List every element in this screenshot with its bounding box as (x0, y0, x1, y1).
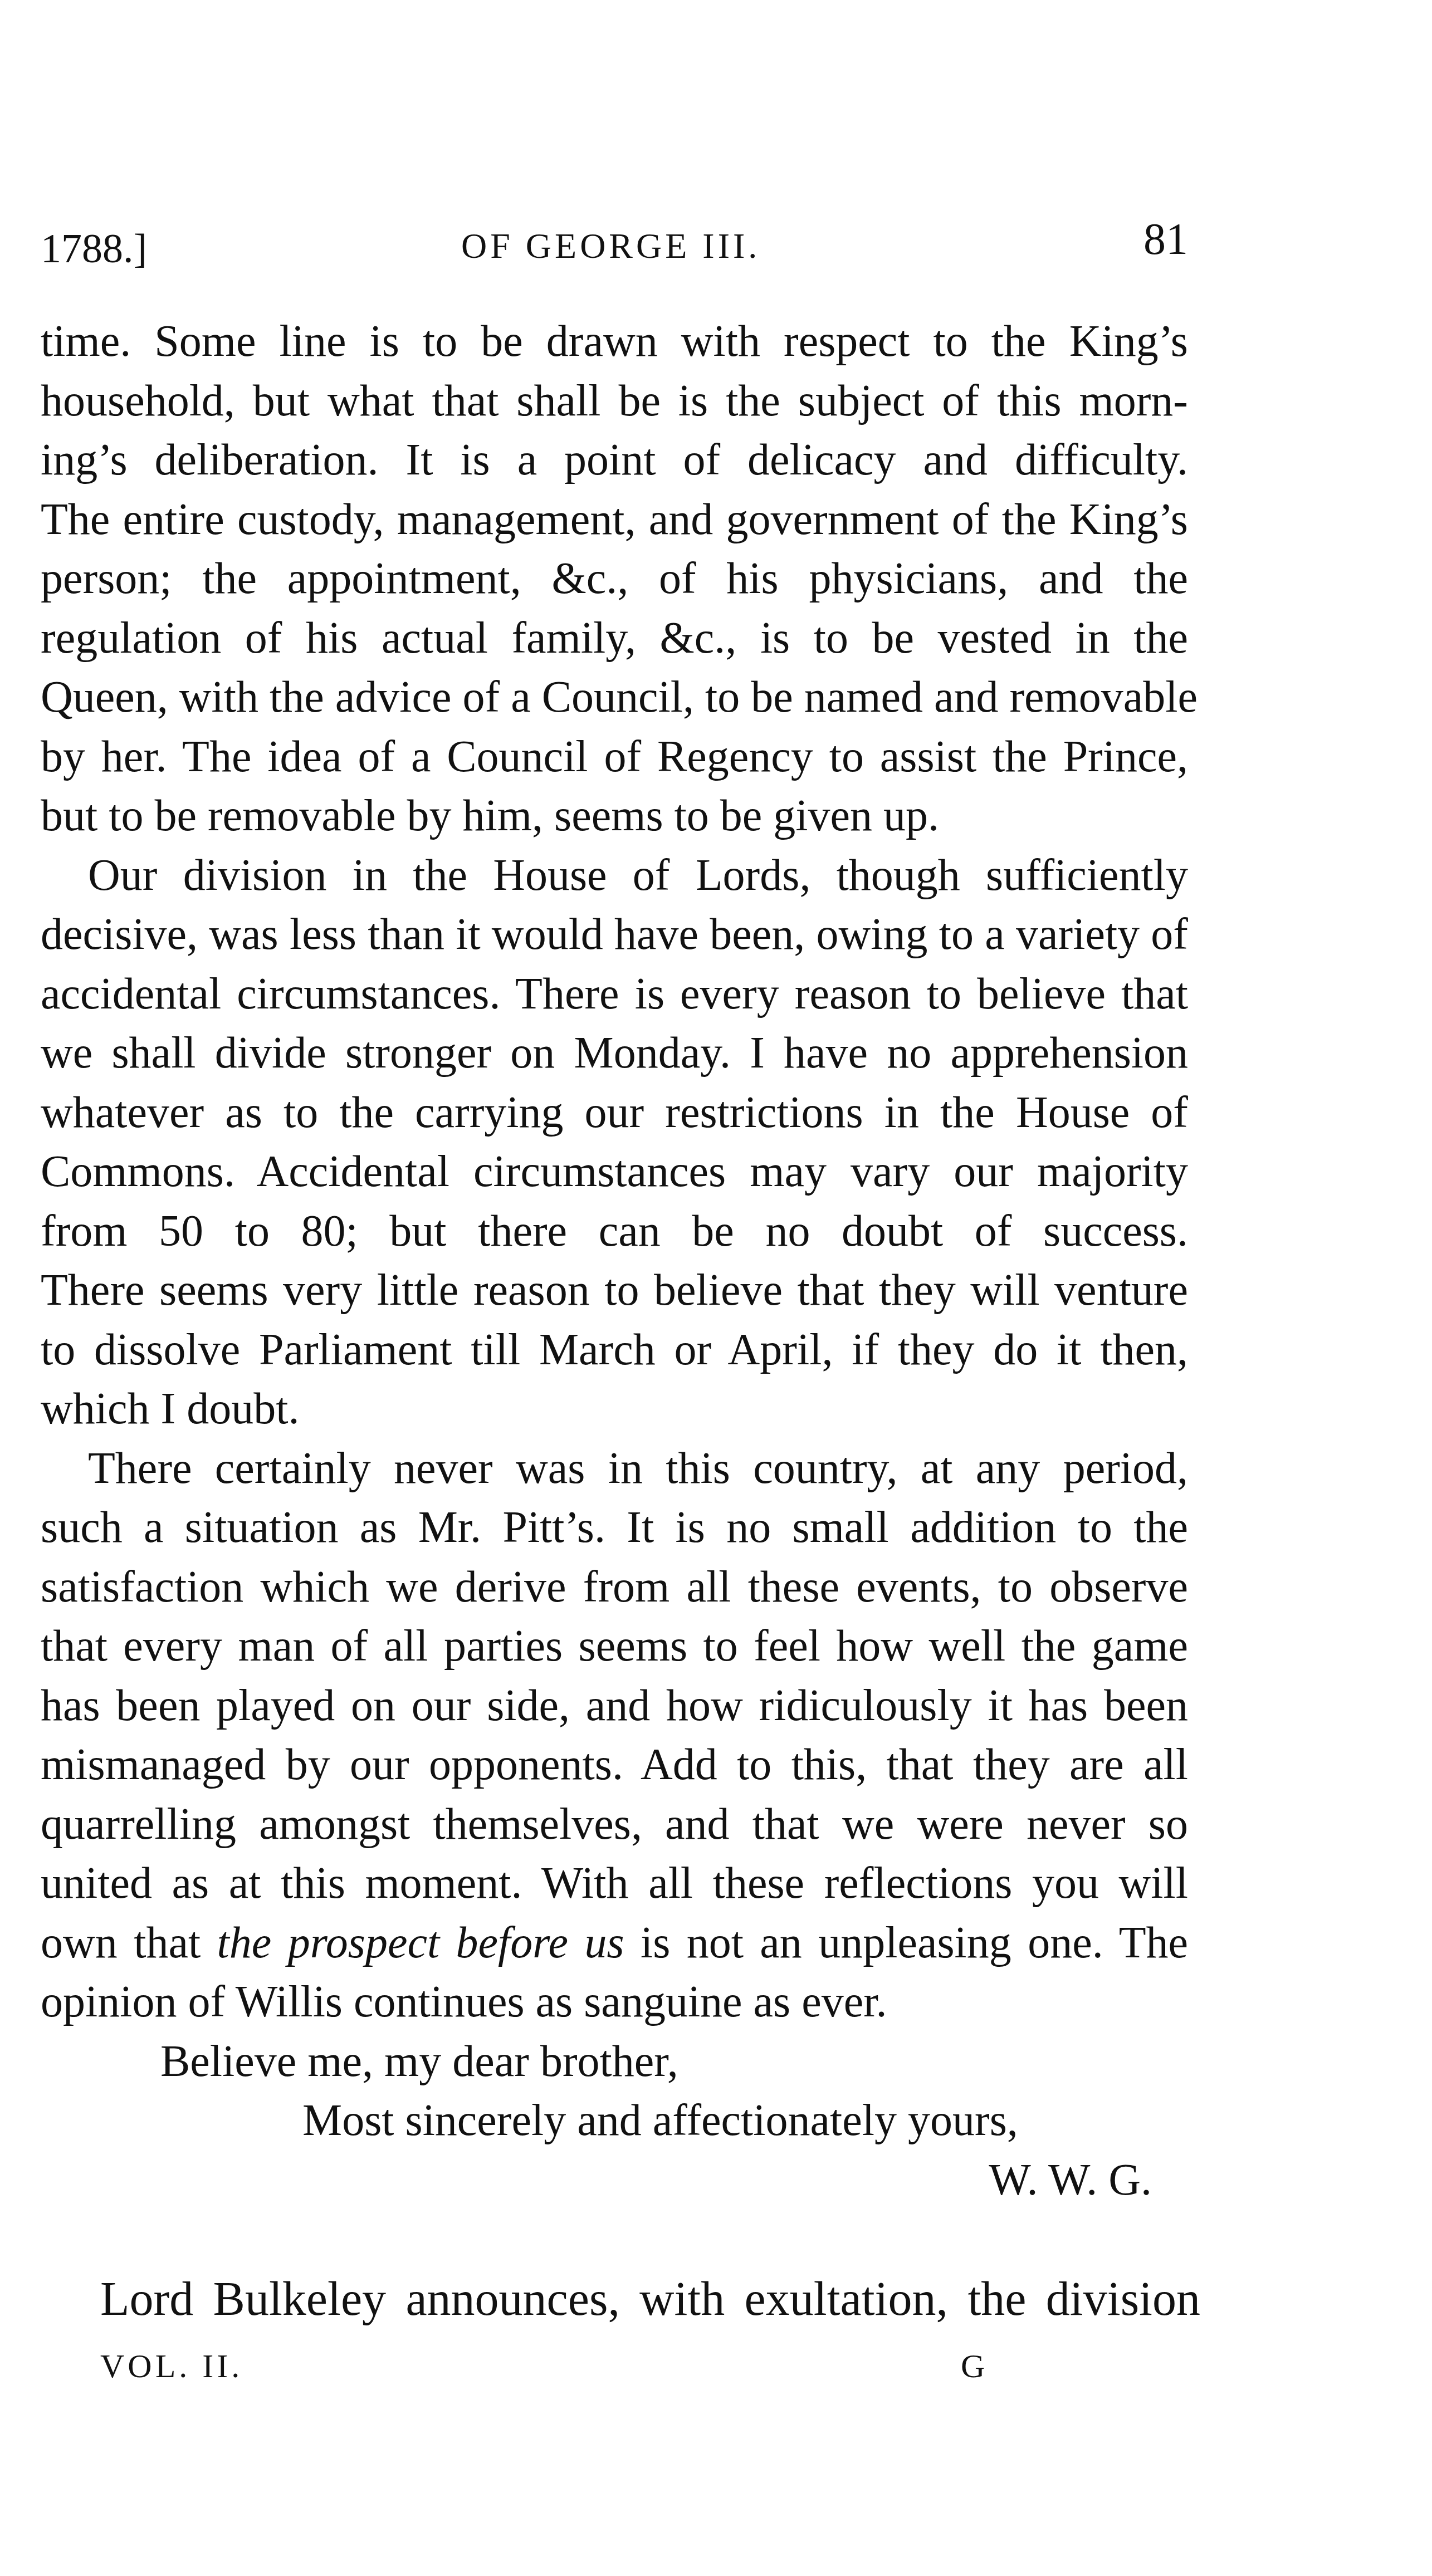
text-line: Commons. Accidental circumstances may va… (41, 1142, 1188, 1202)
text-line: opinion of Willis continues as sanguine … (41, 1972, 1188, 2032)
text-line: by her. The idea of a Council of Regency… (41, 727, 1188, 787)
running-title: OF GEORGE III. (461, 226, 760, 267)
text-line: which I doubt. (41, 1379, 1188, 1439)
next-section-lead: Lord Bulkeley announces, with exultation… (100, 2265, 1200, 2332)
text-span: is not an unpleasing one. The (624, 1918, 1189, 1967)
text-line: united as at this moment. With all these… (41, 1854, 1188, 1913)
text-line: from 50 to 80; but there can be no doubt… (41, 1202, 1188, 1261)
text-line: ing’s deliberation. It is a point of del… (41, 430, 1188, 490)
paragraph-2: Our division in the House of Lords, thou… (41, 846, 1188, 1439)
text-line: whatever as to the carrying our restrict… (41, 1083, 1188, 1143)
page-number: 81 (1143, 214, 1188, 265)
book-page: 1788.] OF GEORGE III. 81 time. Some line… (0, 0, 1432, 2576)
text-line: to dissolve Parliament till March or Apr… (41, 1320, 1188, 1380)
text-line: The entire custody, management, and gove… (41, 490, 1188, 550)
signature-mark: G (961, 2347, 985, 2386)
text-line: but to be removable by him, seems to be … (41, 786, 1188, 846)
text-line: accidental circumstances. There is every… (41, 964, 1188, 1024)
italic-phrase: the prospect before us (217, 1918, 624, 1967)
text-line: has been played on our side, and how rid… (41, 1676, 1188, 1736)
text-line: household, but what that shall be is the… (41, 371, 1188, 431)
volume-label: VOL. II. (100, 2347, 243, 2386)
text-span: own that (41, 1918, 217, 1967)
text-line-with-italic: own that the prospect before us is not a… (41, 1913, 1188, 1973)
text-line: we shall divide stronger on Monday. I ha… (41, 1023, 1188, 1083)
running-header: 1788.] OF GEORGE III. 81 (41, 214, 1188, 276)
valediction: Most sincerely and affectionately yours, (41, 2091, 1188, 2151)
text-line: There seems very little reason to believ… (41, 1261, 1188, 1320)
paragraph-1: time. Some line is to be drawn with resp… (41, 312, 1188, 846)
text-line: that every man of all parties seems to f… (41, 1617, 1188, 1676)
header-year: 1788.] (41, 226, 147, 273)
text-line: time. Some line is to be drawn with resp… (41, 312, 1188, 371)
text-line: such a situation as Mr. Pitt’s. It is no… (41, 1498, 1188, 1558)
letter-body: time. Some line is to be drawn with resp… (41, 312, 1188, 2210)
signature: W. W. G. (41, 2151, 1188, 2210)
text-line: Queen, with the advice of a Council, to … (41, 668, 1188, 727)
text-line: regulation of his actual family, &c., is… (41, 609, 1188, 668)
text-line: mismanaged by our opponents. Add to this… (41, 1735, 1188, 1795)
text-line: decisive, was less than it would have be… (41, 905, 1188, 964)
paragraph-3: There certainly never was in this countr… (41, 1439, 1188, 2032)
text-line: Our division in the House of Lords, thou… (41, 846, 1188, 905)
text-line: quarrelling amongst themselves, and that… (41, 1795, 1188, 1854)
text-line: person; the appointment, &c., of his phy… (41, 549, 1188, 609)
text-line: There certainly never was in this countr… (41, 1439, 1188, 1498)
text-line: satisfaction which we derive from all th… (41, 1558, 1188, 1617)
page-footer: VOL. II. G (100, 2347, 1047, 2397)
salutation: Believe me, my dear brother, (41, 2032, 1188, 2092)
